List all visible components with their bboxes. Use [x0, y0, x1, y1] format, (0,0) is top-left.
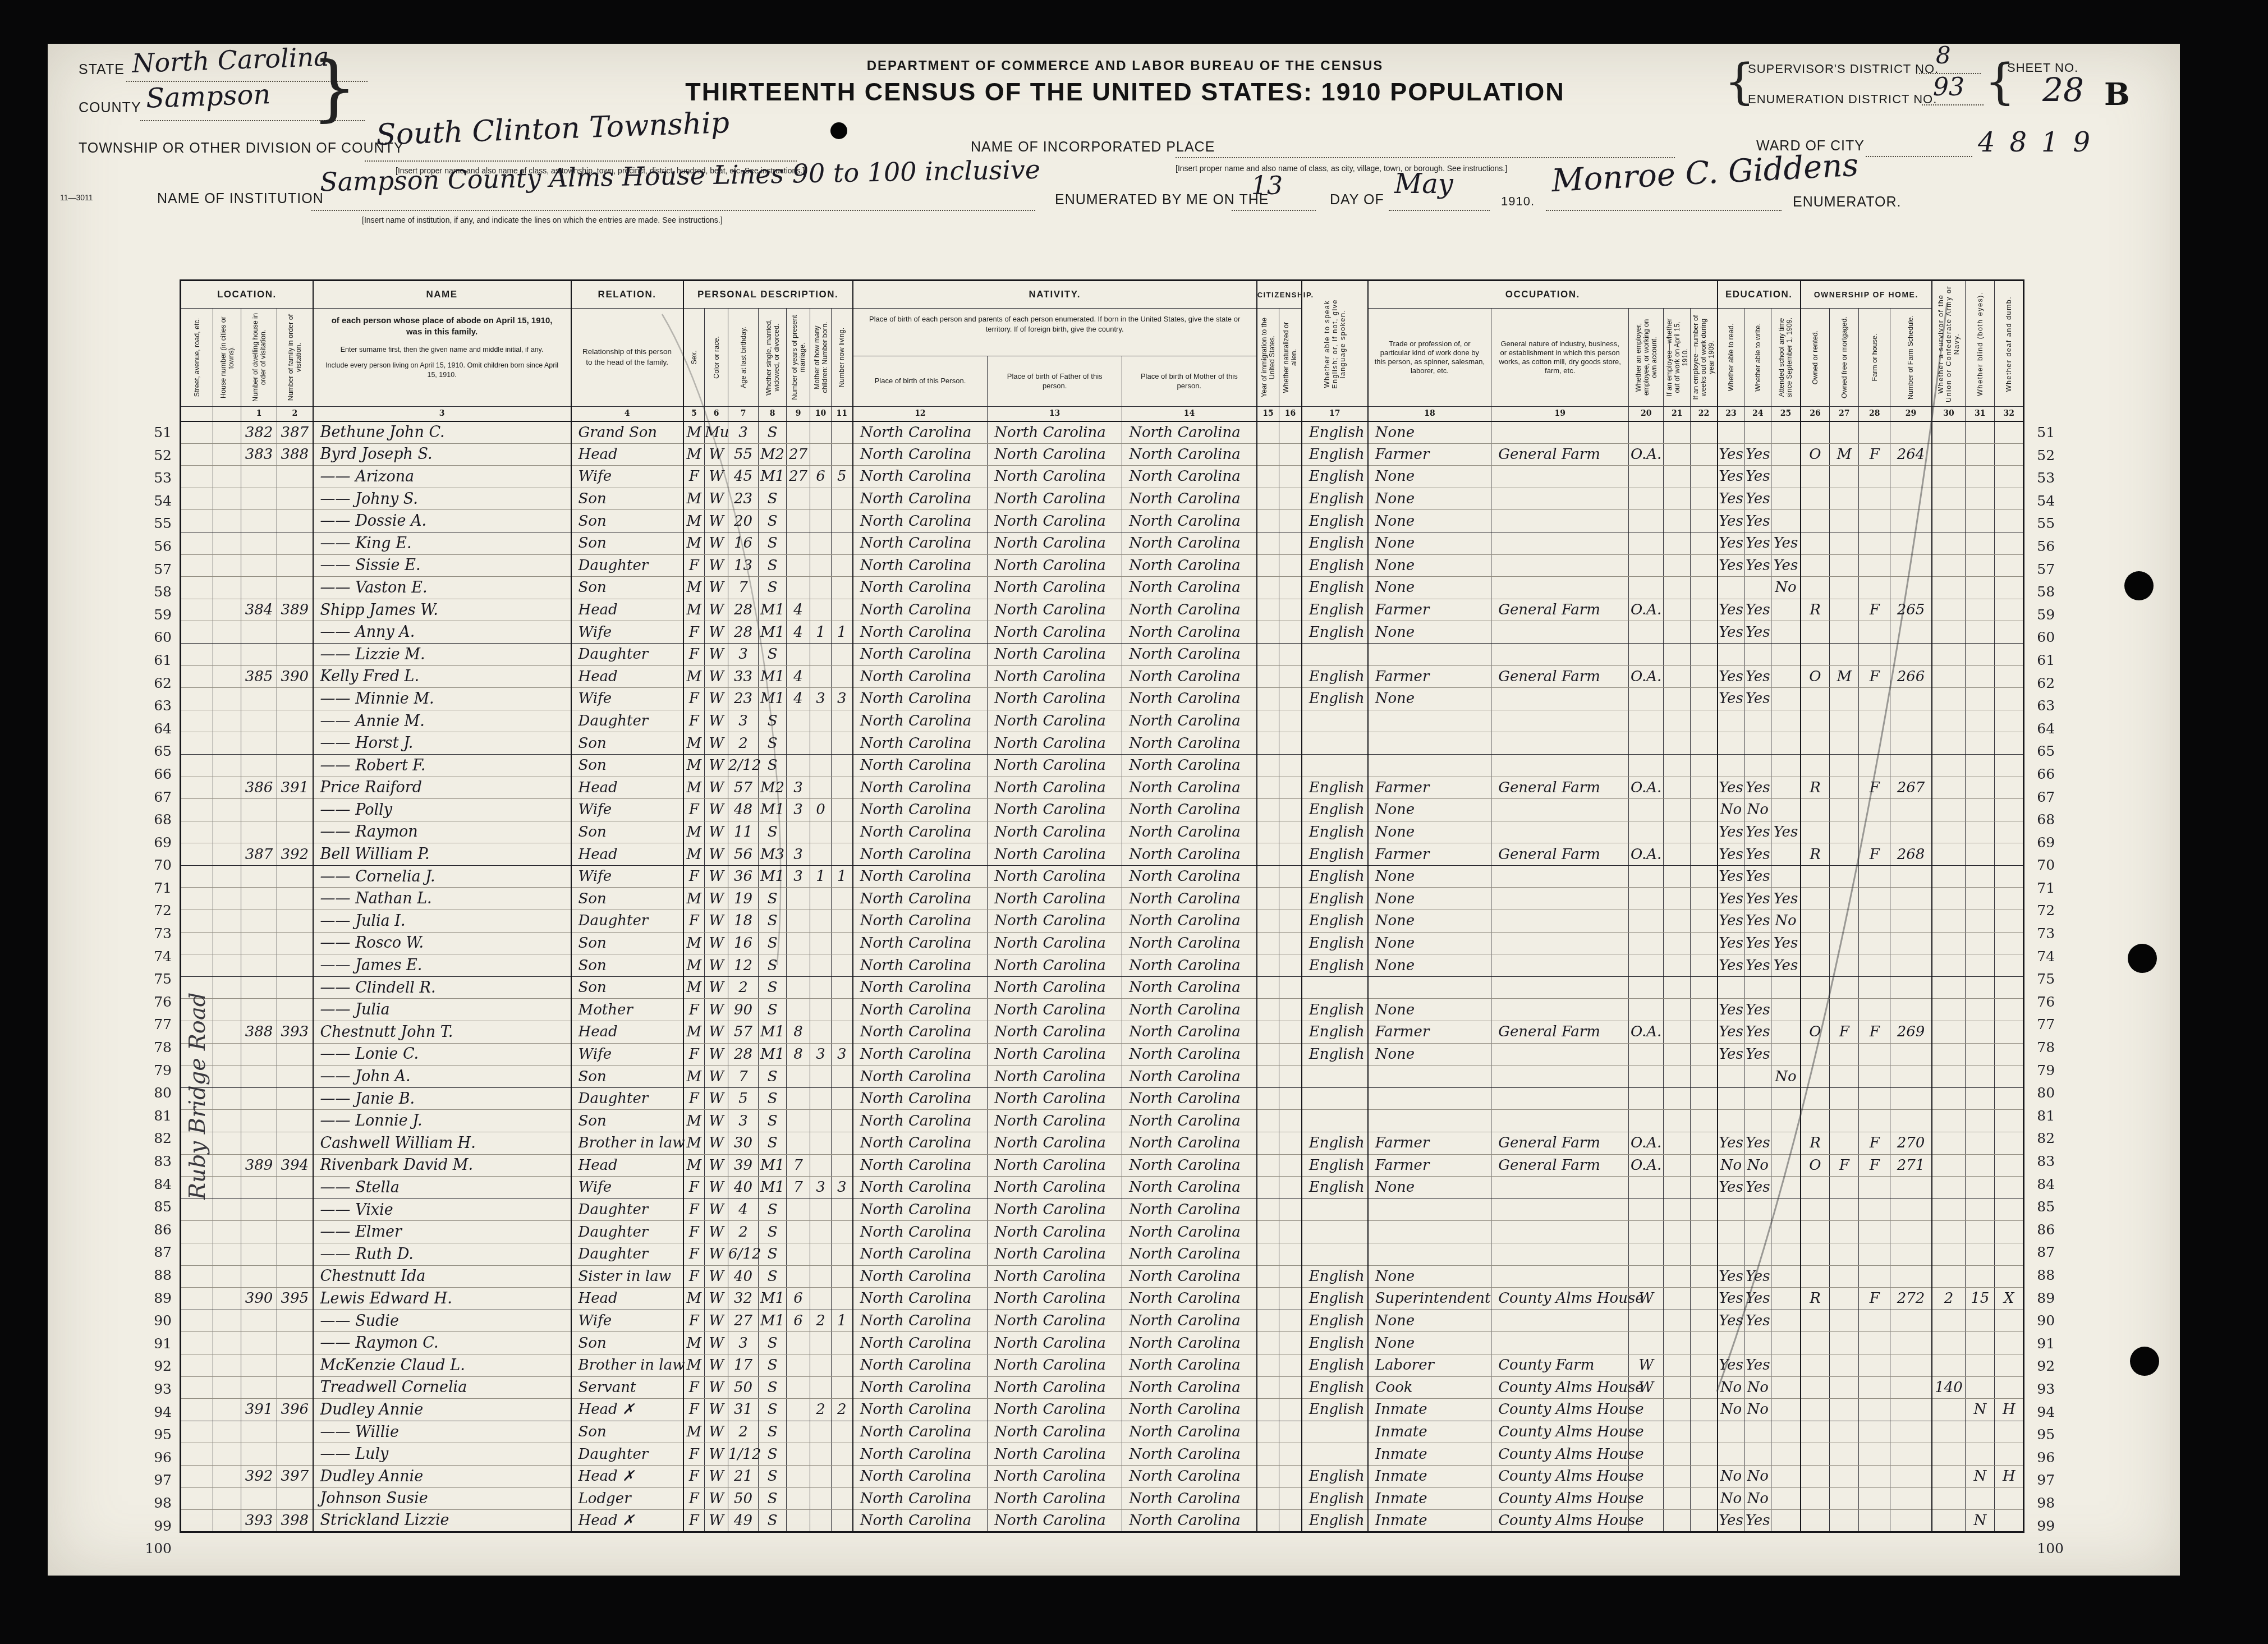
- cell-deaf-dumb: [1995, 1154, 2024, 1177]
- cell-occupation: None: [1368, 932, 1491, 954]
- cell-race: W: [705, 1221, 728, 1243]
- cell-house-number: [213, 754, 241, 777]
- cell-birthplace: North Carolina: [853, 1087, 988, 1110]
- cell-home-free-mortgaged: [1830, 777, 1859, 799]
- line-number: 97: [2037, 1469, 2109, 1492]
- cell-age: 5: [728, 1087, 759, 1110]
- col-header-children-born: Mother of how many children: Number born…: [810, 309, 832, 407]
- cell-language: English: [1302, 1043, 1368, 1066]
- cell-employer-status: [1629, 976, 1664, 999]
- cell-name: Kelly Fred L.: [313, 665, 571, 688]
- cell-immigration-year: [1257, 888, 1279, 910]
- cell-children-living: [832, 999, 853, 1021]
- cell-family-number: [277, 821, 313, 843]
- cell-relation: Son: [571, 976, 683, 999]
- col-header-can-read: Whether able to read.: [1718, 309, 1744, 407]
- line-number: 83: [54, 1150, 172, 1173]
- cell-years-married: [787, 888, 810, 910]
- cell-occupation: None: [1368, 510, 1491, 532]
- cell-father-birthplace: North Carolina: [988, 1288, 1122, 1310]
- cell-can-read: Yes: [1718, 621, 1744, 644]
- enumeration-district-value: 93: [1933, 73, 1964, 102]
- cell-marital-status: S: [759, 821, 787, 843]
- table-row: —— James E. Son M W 12 S North Carolina …: [181, 954, 2024, 977]
- cell-race: W: [705, 1510, 728, 1532]
- cell-father-birthplace: North Carolina: [988, 732, 1122, 755]
- cell-civil-war-survivor: [1932, 777, 1966, 799]
- cell-immigration-year: [1257, 976, 1279, 999]
- cell-language: English: [1302, 1288, 1368, 1310]
- cell-blind: [1966, 843, 1995, 866]
- cell-employer-status: [1629, 1310, 1664, 1332]
- cell-marital-status: S: [759, 1198, 787, 1221]
- cell-street: [181, 1288, 213, 1310]
- cell-home-owned-rented: [1801, 1110, 1830, 1132]
- cell-years-married: 3: [787, 843, 810, 866]
- cell-weeks-out-of-work: [1691, 443, 1718, 466]
- cell-civil-war-survivor: [1932, 1421, 1966, 1443]
- cell-relation: Brother in law: [571, 1354, 683, 1376]
- cell-can-read: Yes: [1718, 1510, 1744, 1532]
- cell-birthplace: North Carolina: [853, 1198, 988, 1221]
- cell-name: —— Raymon: [313, 821, 571, 843]
- cell-weeks-out-of-work: [1691, 799, 1718, 821]
- line-number: 64: [2037, 718, 2109, 741]
- cell-farm-schedule-number: [1890, 1421, 1932, 1443]
- cell-relation: Daughter: [571, 1243, 683, 1265]
- cell-birthplace: North Carolina: [853, 1465, 988, 1487]
- punch-hole: [2128, 944, 2157, 973]
- cell-blind: [1966, 865, 1995, 888]
- cell-relation: Head ✗: [571, 1399, 683, 1421]
- cell-birthplace: North Carolina: [853, 1110, 988, 1132]
- cell-street: [181, 1198, 213, 1221]
- cell-home-free-mortgaged: [1830, 821, 1859, 843]
- cell-mother-birthplace: North Carolina: [1122, 1510, 1257, 1532]
- cell-years-married: [787, 710, 810, 732]
- cell-civil-war-survivor: [1932, 510, 1966, 532]
- cell-age: 50: [728, 1487, 759, 1510]
- cell-out-of-work: [1664, 421, 1691, 444]
- cell-deaf-dumb: [1995, 554, 2024, 577]
- cell-marital-status: S: [759, 1510, 787, 1532]
- line-number: 94: [2037, 1401, 2109, 1424]
- cell-out-of-work: [1664, 732, 1691, 755]
- col-header-father-birthplace: Place of birth of Father of this person.: [987, 356, 1122, 406]
- cell-race: W: [705, 976, 728, 999]
- cell-naturalized: [1279, 1510, 1302, 1532]
- column-number: 17: [1302, 407, 1368, 421]
- cell-industry: [1491, 621, 1629, 644]
- cell-immigration-year: [1257, 821, 1279, 843]
- cell-naturalized: [1279, 554, 1302, 577]
- cell-farm-or-house: [1859, 754, 1890, 777]
- cell-blind: [1966, 1421, 1995, 1443]
- cell-can-read: Yes: [1718, 999, 1744, 1021]
- cell-street: [181, 532, 213, 554]
- cell-home-free-mortgaged: [1830, 754, 1859, 777]
- cell-dwelling-number: [241, 1087, 277, 1110]
- cell-immigration-year: [1257, 1421, 1279, 1443]
- cell-birthplace: North Carolina: [853, 821, 988, 843]
- cell-relation: Wife: [571, 1310, 683, 1332]
- cell-father-birthplace: North Carolina: [988, 888, 1122, 910]
- cell-can-read: Yes: [1718, 843, 1744, 866]
- cell-immigration-year: [1257, 1110, 1279, 1132]
- cell-mother-birthplace: North Carolina: [1122, 976, 1257, 999]
- line-number: 68: [2037, 809, 2109, 832]
- cell-relation: Son: [571, 754, 683, 777]
- cell-birthplace: North Carolina: [853, 1510, 988, 1532]
- cell-relation: Son: [571, 577, 683, 599]
- table-row: 391 396 Dudley Annie Head ✗ F W 31 S 2 2…: [181, 1399, 2024, 1421]
- cell-can-read: Yes: [1718, 599, 1744, 621]
- cell-sex: M: [683, 532, 705, 554]
- table-row: —— Lonnie J. Son M W 3 S North Carolina …: [181, 1110, 2024, 1132]
- day-fill: [1232, 210, 1316, 211]
- cell-relation: Grand Son: [571, 421, 683, 444]
- cell-can-write: Yes: [1744, 888, 1771, 910]
- cell-occupation: None: [1368, 1043, 1491, 1066]
- cell-house-number: [213, 688, 241, 710]
- cell-language: English: [1302, 421, 1368, 444]
- table-row: —— Willie Son M W 2 S North Carolina Nor…: [181, 1421, 2024, 1443]
- cell-deaf-dumb: [1995, 1066, 2024, 1088]
- cell-children-living: 2: [832, 1399, 853, 1421]
- incorporated-place-note: [Insert proper name and also name of cla…: [1176, 164, 1507, 173]
- line-number: 60: [2037, 626, 2109, 649]
- cell-birthplace: North Carolina: [853, 865, 988, 888]
- line-number: 100: [2037, 1537, 2109, 1560]
- cell-street: [181, 1354, 213, 1376]
- cell-attended-school: [1771, 843, 1801, 866]
- cell-weeks-out-of-work: [1691, 821, 1718, 843]
- cell-weeks-out-of-work: [1691, 1465, 1718, 1487]
- institution-fill: [311, 210, 1035, 211]
- cell-father-birthplace: North Carolina: [988, 1399, 1122, 1421]
- cell-attended-school: [1771, 1043, 1801, 1066]
- cell-race: W: [705, 1465, 728, 1487]
- cell-immigration-year: [1257, 1132, 1279, 1155]
- cell-name: Price Raiford: [313, 777, 571, 799]
- cell-father-birthplace: North Carolina: [988, 1332, 1122, 1354]
- cell-employer-status: [1629, 466, 1664, 488]
- cell-house-number: [213, 1110, 241, 1132]
- cell-age: 7: [728, 577, 759, 599]
- cell-civil-war-survivor: [1932, 1510, 1966, 1532]
- cell-marital-status: S: [759, 1110, 787, 1132]
- cell-home-owned-rented: [1801, 532, 1830, 554]
- month-fill: [1389, 210, 1490, 211]
- col-header-relation: Relationship of this person to the head …: [571, 309, 683, 407]
- cell-name: —— Lonie C.: [313, 1043, 571, 1066]
- cell-age: 57: [728, 777, 759, 799]
- cell-age: 2: [728, 976, 759, 999]
- cell-mother-birthplace: North Carolina: [1122, 710, 1257, 732]
- cell-attended-school: [1771, 1221, 1801, 1243]
- cell-civil-war-survivor: [1932, 554, 1966, 577]
- cell-years-married: [787, 1421, 810, 1443]
- cell-mother-birthplace: North Carolina: [1122, 488, 1257, 510]
- cell-years-married: [787, 1443, 810, 1466]
- cell-can-write: No: [1744, 799, 1771, 821]
- cell-deaf-dumb: [1995, 443, 2024, 466]
- cell-occupation: None: [1368, 688, 1491, 710]
- cell-name: —— Anny A.: [313, 621, 571, 644]
- cell-farm-schedule-number: [1890, 1043, 1932, 1066]
- cell-can-write: [1744, 976, 1771, 999]
- cell-children-born: [810, 999, 832, 1021]
- cell-language: English: [1302, 954, 1368, 977]
- line-number: 93: [2037, 1378, 2109, 1401]
- cell-deaf-dumb: [1995, 577, 2024, 599]
- cell-out-of-work: [1664, 910, 1691, 933]
- cell-dwelling-number: [241, 688, 277, 710]
- column-number: 26: [1801, 407, 1830, 421]
- cell-can-write: Yes: [1744, 621, 1771, 644]
- cell-sex: M: [683, 1132, 705, 1155]
- line-number: 61: [2037, 649, 2109, 672]
- cell-civil-war-survivor: [1932, 888, 1966, 910]
- cell-birthplace: North Carolina: [853, 888, 988, 910]
- cell-industry: [1491, 799, 1629, 821]
- cell-father-birthplace: North Carolina: [988, 599, 1122, 621]
- cell-mother-birthplace: North Carolina: [1122, 688, 1257, 710]
- cell-home-owned-rented: [1801, 954, 1830, 977]
- cell-naturalized: [1279, 1354, 1302, 1376]
- line-number: 77: [54, 1013, 172, 1036]
- cell-relation: Son: [571, 954, 683, 977]
- cell-race: W: [705, 1177, 728, 1199]
- cell-birthplace: North Carolina: [853, 799, 988, 821]
- cell-industry: County Farm: [1491, 1354, 1629, 1376]
- cell-home-free-mortgaged: [1830, 688, 1859, 710]
- line-number: 90: [54, 1310, 172, 1333]
- cell-naturalized: [1279, 577, 1302, 599]
- cell-industry: [1491, 466, 1629, 488]
- sheet-value: 28: [2042, 71, 2084, 109]
- cell-can-read: Yes: [1718, 932, 1744, 954]
- cell-house-number: [213, 1043, 241, 1066]
- cell-dwelling-number: [241, 1332, 277, 1354]
- cell-can-read: No: [1718, 1399, 1744, 1421]
- cell-occupation: [1368, 710, 1491, 732]
- cell-can-write: Yes: [1744, 1177, 1771, 1199]
- cell-family-number: 389: [277, 599, 313, 621]
- cell-race: W: [705, 488, 728, 510]
- cell-family-number: [277, 1354, 313, 1376]
- col-header-immigration-year: Year of immigration to the United States…: [1257, 309, 1279, 407]
- cell-deaf-dumb: [1995, 1265, 2024, 1288]
- cell-deaf-dumb: X: [1995, 1288, 2024, 1310]
- page-title: THIRTEENTH CENSUS OF THE UNITED STATES: …: [659, 77, 1591, 107]
- cell-family-number: [277, 466, 313, 488]
- cell-industry: [1491, 1066, 1629, 1088]
- cell-farm-schedule-number: 270: [1890, 1132, 1932, 1155]
- col-header-out-of-work: If an employee—whether out of work on Ap…: [1664, 309, 1691, 407]
- punch-hole: [2124, 571, 2154, 600]
- cell-occupation: [1368, 1110, 1491, 1132]
- cell-marital-status: M1: [759, 688, 787, 710]
- column-number: 5: [683, 407, 705, 421]
- cell-attended-school: [1771, 777, 1801, 799]
- cell-can-write: [1744, 1110, 1771, 1132]
- cell-farm-or-house: [1859, 1332, 1890, 1354]
- cell-race: W: [705, 932, 728, 954]
- cell-occupation: Inmate: [1368, 1487, 1491, 1510]
- col-header-weeks-out-of-work: If an employee—number of weeks out of wo…: [1691, 309, 1718, 407]
- cell-children-living: [832, 643, 853, 665]
- cell-out-of-work: [1664, 554, 1691, 577]
- cell-immigration-year: [1257, 1066, 1279, 1088]
- col-header-farm-schedule: Number of Farm Schedule.: [1890, 309, 1932, 407]
- cell-name: McKenzie Claud L.: [313, 1354, 571, 1376]
- table-row: —— Raymon Son M W 11 S North Carolina No…: [181, 821, 2024, 843]
- cell-dwelling-number: [241, 532, 277, 554]
- institution-label: Name of Institution: [157, 191, 324, 207]
- cell-race: W: [705, 1043, 728, 1066]
- cell-children-born: [810, 754, 832, 777]
- cell-relation: Head ✗: [571, 1465, 683, 1487]
- cell-weeks-out-of-work: [1691, 1421, 1718, 1443]
- cell-home-owned-rented: [1801, 888, 1830, 910]
- cell-birthplace: North Carolina: [853, 466, 988, 488]
- cell-dwelling-number: [241, 1110, 277, 1132]
- cell-mother-birthplace: North Carolina: [1122, 1087, 1257, 1110]
- cell-immigration-year: [1257, 1177, 1279, 1199]
- cell-home-free-mortgaged: [1830, 1243, 1859, 1265]
- cell-children-living: [832, 577, 853, 599]
- cell-farm-schedule-number: [1890, 510, 1932, 532]
- cell-deaf-dumb: [1995, 732, 2024, 755]
- cell-weeks-out-of-work: [1691, 1243, 1718, 1265]
- cell-home-owned-rented: R: [1801, 843, 1830, 866]
- cell-industry: [1491, 821, 1629, 843]
- cell-marital-status: S: [759, 1221, 787, 1243]
- cell-industry: [1491, 510, 1629, 532]
- cell-sex: F: [683, 688, 705, 710]
- group-occupation: OCCUPATION.: [1368, 281, 1718, 309]
- cell-deaf-dumb: [1995, 1310, 2024, 1332]
- cell-dwelling-number: [241, 976, 277, 999]
- cell-civil-war-survivor: [1932, 710, 1966, 732]
- cell-relation: Head: [571, 1154, 683, 1177]
- cell-marital-status: S: [759, 421, 787, 444]
- line-number: 76: [2037, 991, 2109, 1014]
- cell-attended-school: [1771, 754, 1801, 777]
- cell-age: 28: [728, 599, 759, 621]
- column-header-row: Street, avenue, road, etc. House number …: [181, 309, 2024, 407]
- col-header-children-living: Number now living.: [832, 309, 853, 407]
- cell-immigration-year: [1257, 599, 1279, 621]
- cell-mother-birthplace: North Carolina: [1122, 865, 1257, 888]
- cell-out-of-work: [1664, 488, 1691, 510]
- table-row: Cashwell William H. Brother in law M W 3…: [181, 1132, 2024, 1155]
- cell-father-birthplace: North Carolina: [988, 1021, 1122, 1044]
- cell-language: [1302, 1243, 1368, 1265]
- cell-family-number: [277, 865, 313, 888]
- cell-can-read: Yes: [1718, 665, 1744, 688]
- column-number: 30: [1932, 407, 1966, 421]
- table-row: —— Julia Mother F W 90 S North Carolina …: [181, 999, 2024, 1021]
- cell-farm-or-house: [1859, 1399, 1890, 1421]
- cell-farm-schedule-number: [1890, 1243, 1932, 1265]
- cell-father-birthplace: North Carolina: [988, 976, 1122, 999]
- cell-father-birthplace: North Carolina: [988, 1354, 1122, 1376]
- cell-out-of-work: [1664, 821, 1691, 843]
- cell-relation: Head: [571, 443, 683, 466]
- cell-sex: F: [683, 999, 705, 1021]
- cell-civil-war-survivor: [1932, 1221, 1966, 1243]
- cell-race: W: [705, 799, 728, 821]
- cell-house-number: [213, 621, 241, 644]
- cell-naturalized: [1279, 1066, 1302, 1088]
- cell-civil-war-survivor: [1932, 732, 1966, 755]
- cell-attended-school: [1771, 1154, 1801, 1177]
- cell-dwelling-number: [241, 732, 277, 755]
- cell-children-born: [810, 1465, 832, 1487]
- cell-birthplace: North Carolina: [853, 1310, 988, 1332]
- cell-birthplace: North Carolina: [853, 1132, 988, 1155]
- cell-occupation: Inmate: [1368, 1421, 1491, 1443]
- cell-attended-school: [1771, 1487, 1801, 1510]
- cell-age: 16: [728, 932, 759, 954]
- cell-blind: [1966, 688, 1995, 710]
- cell-dwelling-number: [241, 799, 277, 821]
- left-line-numbers: 5152535455565758596061626364656667686970…: [54, 279, 180, 1560]
- cell-relation: Wife: [571, 799, 683, 821]
- cell-employer-status: W: [1629, 1354, 1664, 1376]
- cell-marital-status: S: [759, 1087, 787, 1110]
- cell-age: 3: [728, 710, 759, 732]
- cell-deaf-dumb: [1995, 1087, 2024, 1110]
- cell-farm-schedule-number: [1890, 1376, 1932, 1399]
- cell-dwelling-number: [241, 1221, 277, 1243]
- cell-marital-status: M1: [759, 1310, 787, 1332]
- cell-children-born: [810, 888, 832, 910]
- cell-attended-school: [1771, 1443, 1801, 1466]
- cell-house-number: [213, 466, 241, 488]
- cell-birthplace: North Carolina: [853, 777, 988, 799]
- cell-sex: M: [683, 421, 705, 444]
- cell-blind: [1966, 1021, 1995, 1044]
- cell-language: English: [1302, 1132, 1368, 1155]
- cell-blind: [1966, 621, 1995, 644]
- cell-out-of-work: [1664, 1066, 1691, 1088]
- cell-children-born: [810, 1021, 832, 1044]
- cell-mother-birthplace: North Carolina: [1122, 1221, 1257, 1243]
- table-row: —— Anny A. Wife F W 28 M1 4 1 1 North Ca…: [181, 621, 2024, 644]
- cell-immigration-year: [1257, 1043, 1279, 1066]
- cell-house-number: [213, 1421, 241, 1443]
- township-value: South Clinton Township: [375, 106, 730, 152]
- cell-occupation: None: [1368, 954, 1491, 977]
- cell-can-read: No: [1718, 1465, 1744, 1487]
- cell-out-of-work: [1664, 1221, 1691, 1243]
- cell-father-birthplace: North Carolina: [988, 577, 1122, 599]
- enumeration-fill: [1922, 104, 1984, 105]
- cell-can-read: [1718, 1421, 1744, 1443]
- cell-weeks-out-of-work: [1691, 1288, 1718, 1310]
- col-header-attended-school: Attended school any time since September…: [1771, 309, 1801, 407]
- line-number: 95: [54, 1423, 172, 1446]
- cell-home-owned-rented: [1801, 510, 1830, 532]
- cell-race: W: [705, 1376, 728, 1399]
- cell-home-owned-rented: [1801, 643, 1830, 665]
- cell-father-birthplace: North Carolina: [988, 1376, 1122, 1399]
- cell-sex: M: [683, 1421, 705, 1443]
- cell-sex: M: [683, 1154, 705, 1177]
